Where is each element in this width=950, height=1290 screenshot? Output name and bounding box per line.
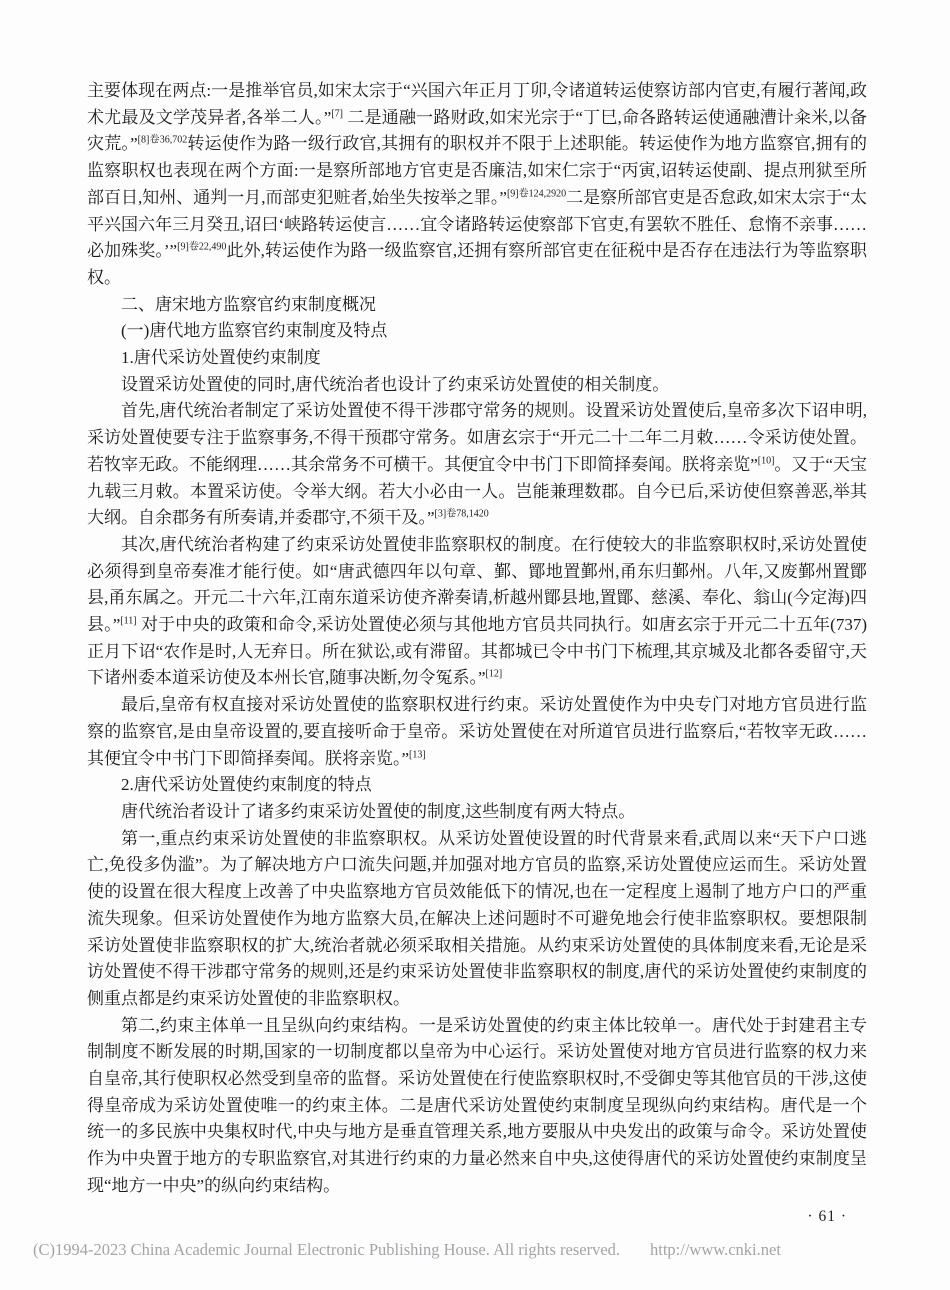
- page-number: · 61 ·: [87, 1208, 847, 1226]
- paragraph: 第一,重点约束采访处置使的非监察职权。从采访处置使设置的时代背景来看,武周以来“…: [87, 826, 867, 1013]
- text-run: 对于中央的政策和命令,采访处置使必须与其他地方官员共同执行。如唐玄宗于开元二十五…: [87, 615, 867, 687]
- section-heading: 二、唐宋地方监察官约束制度概况: [87, 292, 867, 319]
- text-run: (一)唐代地方监察官约束制度及特点: [121, 321, 387, 340]
- text-run: 唐代统治者设计了诸多约束采访处置使的制度,这些制度有两大特点。: [121, 802, 635, 821]
- text-run: 第二,约束主体单一且呈纵向约束结构。一是采访处置使的约束主体比较单一。唐代处于封…: [87, 1016, 867, 1195]
- citation-marker: [11]: [120, 615, 136, 626]
- section-heading: 1.唐代采访处置使约束制度: [87, 345, 867, 372]
- section-heading: (一)唐代地方监察官约束制度及特点: [87, 318, 867, 345]
- paragraph: 主要体现在两点:一是推举官员,如宋太宗于“兴国六年正月丁卯,令诸道转运使察访部内…: [87, 78, 867, 292]
- text-run: 第一,重点约束采访处置使的非监察职权。从采访处置使设置的时代背景来看,武周以来“…: [87, 829, 867, 1008]
- text-run: 1.唐代采访处置使约束制度: [121, 348, 321, 367]
- text-run: 最后,皇帝有权直接对采访处置使的监察职权进行约束。采访处置使作为中央专门对地方官…: [87, 695, 867, 767]
- citation-marker: [10]: [758, 455, 775, 466]
- publisher-url[interactable]: http://www.cnki.net: [650, 1240, 781, 1259]
- paragraph: 首先,唐代统治者制定了采访处置使不得干涉郡守常务的规则。设置采访处置使后,皇帝多…: [87, 398, 867, 532]
- section-heading: 2.唐代采访处置使约束制度的特点: [87, 772, 867, 799]
- text-run: 二、唐宋地方监察官约束制度概况: [121, 295, 376, 314]
- document-page: 主要体现在两点:一是推举官员,如宋太宗于“兴国六年正月丁卯,令诸道转运使察访部内…: [0, 0, 950, 1290]
- paragraph: 唐代统治者设计了诸多约束采访处置使的制度,这些制度有两大特点。: [87, 799, 867, 826]
- citation-marker: [8]卷36,702: [138, 135, 188, 146]
- citation-marker: [7]: [331, 108, 343, 119]
- copyright-text: (C)1994-2023 China Academic Journal Elec…: [33, 1240, 620, 1259]
- paragraph: 第二,约束主体单一且呈纵向约束结构。一是采访处置使的约束主体比较单一。唐代处于封…: [87, 1013, 867, 1200]
- citation-marker: [9]卷124,2920: [507, 188, 566, 199]
- text-run: 首先,唐代统治者制定了采访处置使不得干涉郡守常务的规则。设置采访处置使后,皇帝多…: [87, 401, 867, 473]
- citation-marker: [13]: [409, 749, 426, 760]
- paragraph: 设置采访处置使的同时,唐代统治者也设计了约束采访处置使的相关制度。: [87, 372, 867, 399]
- copyright-bar: (C)1994-2023 China Academic Journal Elec…: [33, 1240, 933, 1260]
- article-body: 主要体现在两点:一是推举官员,如宋太宗于“兴国六年正月丁卯,令诸道转运使察访部内…: [87, 78, 867, 1200]
- citation-marker: [9]卷22,490: [177, 242, 226, 253]
- paragraph: 最后,皇帝有权直接对采访处置使的监察职权进行约束。采访处置使作为中央专门对地方官…: [87, 692, 867, 772]
- citation-marker: [3]卷78,1420: [435, 509, 489, 520]
- text-run: 设置采访处置使的同时,唐代统治者也设计了约束采访处置使的相关制度。: [121, 375, 669, 394]
- paragraph: 其次,唐代统治者构建了约束采访处置使非监察职权的制度。在行使较大的非监察职权时,…: [87, 532, 867, 692]
- citation-marker: [12]: [486, 669, 503, 680]
- text-run: 2.唐代采访处置使约束制度的特点: [121, 775, 372, 794]
